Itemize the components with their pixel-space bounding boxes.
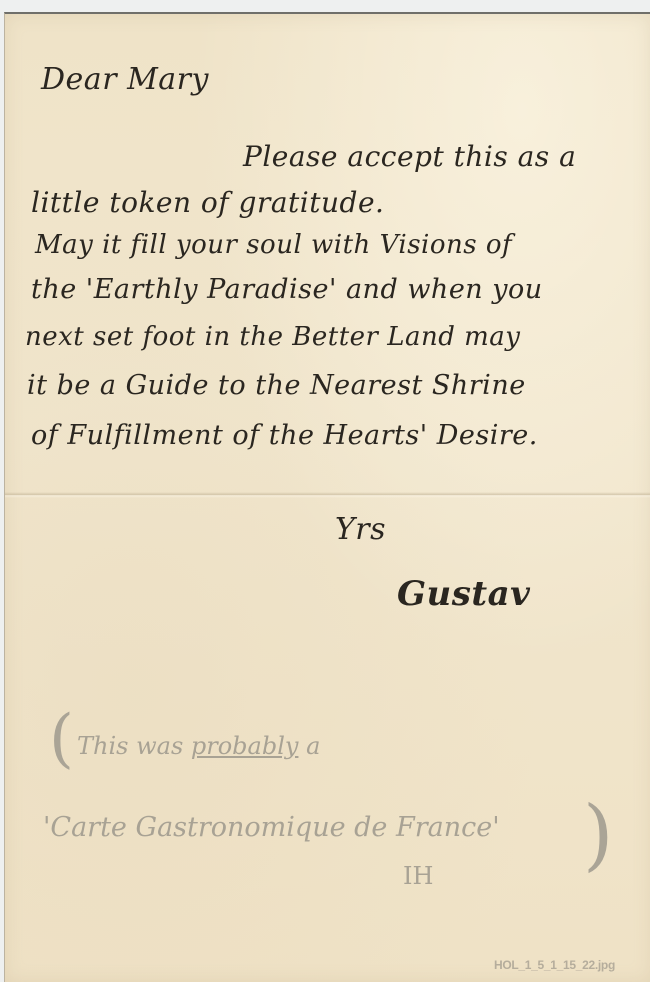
letter-body-line-2: little token of gratitude. [31,186,384,219]
annotation-line-1-suffix: a [298,732,320,760]
letter-body-line-1: Please accept this as a [243,140,576,173]
annotation-open-paren: ( [49,702,74,776]
annotation-line-1: This was probably a [77,732,320,760]
annotation-initials: IH [403,862,433,890]
letter-body-line-5: next set foot in the Better Land may [25,322,521,352]
letter-salutation: Dear Mary [41,62,209,97]
annotation-close-paren: ) [583,790,613,880]
annotation-line-1-prefix: This was [77,732,191,760]
letter-closing: Yrs [335,512,386,547]
annotation-line-2: 'Carte Gastronomique de France' [43,812,500,843]
letter-body-line-4: the 'Earthly Paradise' and when you [31,274,543,305]
letter-page: Dear Mary Please accept this as a little… [4,12,650,980]
paper-fold-crease [5,492,650,498]
letter-body-line-3: May it fill your soul with Visions of [35,230,512,260]
letter-signature: Gustav [397,574,530,614]
filename-label: HOL_1_5_1_15_22.jpg [494,958,615,972]
letter-body-line-7: of Fulfillment of the Hearts' Desire. [31,420,538,451]
letter-body-line-6: it be a Guide to the Nearest Shrine [27,370,526,401]
annotation-emphasis-probably: probably [191,732,299,760]
